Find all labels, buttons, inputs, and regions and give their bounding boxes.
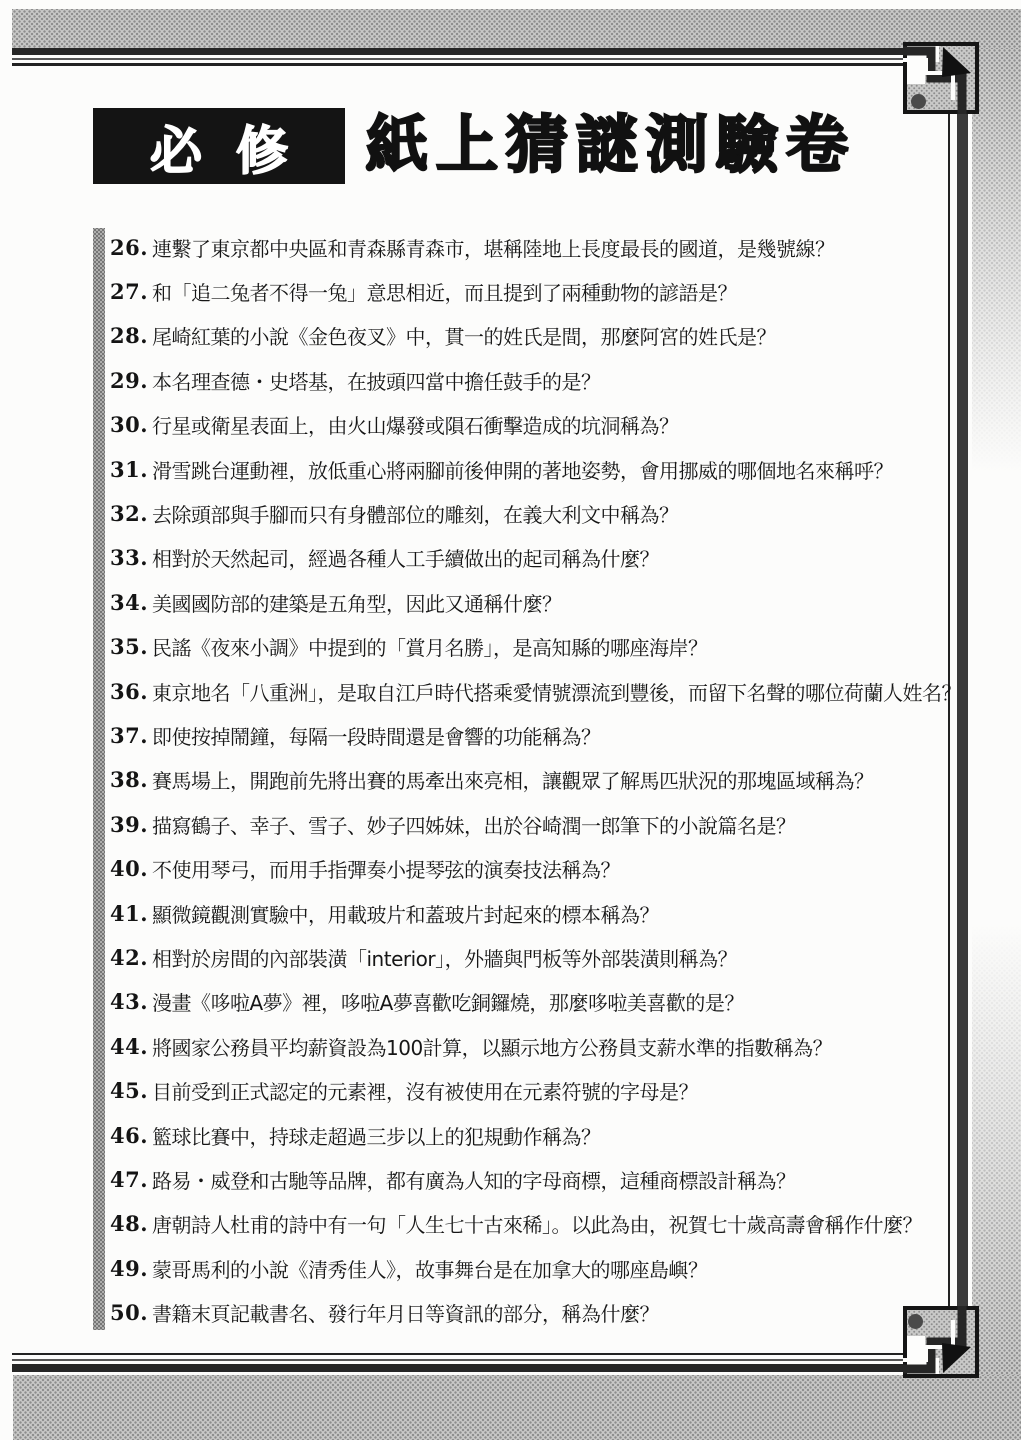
frame-bottom-thin-rule-2	[12, 1359, 903, 1361]
question-text: 描寫鶴子、幸子、雪子、妙子四姊妹，出於谷崎潤一郎筆下的小說篇名是？	[152, 810, 796, 839]
question-gutter-strip	[93, 228, 105, 1330]
question-number: 42.	[110, 945, 152, 970]
question-row: 27.和「追二兔者不得一兔」意思相近，而且提到了兩種動物的諺語是？	[110, 269, 990, 313]
question-number: 46.	[110, 1123, 152, 1148]
question-number: 43.	[110, 989, 152, 1014]
question-text: 顯微鏡觀測實驗中，用載玻片和蓋玻片封起來的標本稱為？	[152, 899, 659, 928]
frame-bottom-halftone-band	[13, 1375, 1021, 1440]
question-row: 29.本名理查德・史塔基，在披頭四當中擔任鼓手的是？	[110, 358, 990, 402]
question-row: 47.路易・威登和古馳等品牌，都有廣為人知的字母商標，這種商標設計稱為？	[110, 1157, 990, 1201]
question-text: 路易・威登和古馳等品牌，都有廣為人知的字母商標，這種商標設計稱為？	[152, 1165, 796, 1194]
frame-top-thick-rule	[12, 48, 903, 55]
page-title: 紙上猜謎測驗卷	[366, 104, 856, 186]
question-list: 26.連繫了東京都中央區和青森縣青森市，堪稱陸地上長度最長的國道，是幾號線？27…	[110, 225, 990, 1335]
question-number: 38.	[110, 767, 152, 792]
question-number: 40.	[110, 856, 152, 881]
question-text: 民謠《夜來小調》中提到的「賞月名勝」，是高知縣的哪座海岸？	[152, 632, 708, 661]
question-row: 50.書籍末頁記載書名、發行年月日等資訊的部分，稱為什麼？	[110, 1290, 990, 1334]
question-text: 相對於天然起司，經過各種人工手續做出的起司稱為什麼？	[152, 543, 659, 572]
question-row: 46.籃球比賽中，持球走超過三步以上的犯規動作稱為？	[110, 1113, 990, 1157]
question-row: 37.即使按掉鬧鐘，每隔一段時間還是會響的功能稱為？	[110, 713, 990, 757]
question-number: 47.	[110, 1167, 152, 1192]
frame-top-halftone-band	[12, 9, 1021, 48]
question-number: 49.	[110, 1256, 152, 1281]
question-text: 本名理查德・史塔基，在披頭四當中擔任鼓手的是？	[152, 366, 601, 395]
question-text: 即使按掉鬧鐘，每隔一段時間還是會響的功能稱為？	[152, 721, 601, 750]
question-row: 34.美國國防部的建築是五角型，因此又通稱什麼？	[110, 580, 990, 624]
question-text: 去除頭部與手腳而只有身體部位的雕刻，在義大利文中稱為？	[152, 499, 679, 528]
section-badge: 必修	[93, 108, 345, 184]
question-text: 相對於房間的內部裝潢「interior」，外牆與門板等外部裝潢則稱為？	[152, 943, 737, 972]
frame-top-thin-rule	[12, 58, 903, 60]
question-number: 41.	[110, 901, 152, 926]
question-number: 48.	[110, 1211, 152, 1236]
frame-top-thin-rule-2	[12, 63, 903, 66]
question-row: 44.將國家公務員平均薪資設為100計算，以顯示地方公務員支薪水準的指數稱為？	[110, 1024, 990, 1068]
question-text: 賽馬場上，開跑前先將出賽的馬牽出來亮相，讓觀眾了解馬匹狀況的那塊區域稱為？	[152, 765, 874, 794]
frame-bottom-thin-rule	[12, 1353, 903, 1355]
question-row: 43.漫畫《哆啦A夢》裡，哆啦A夢喜歡吃銅鑼燒，那麼哆啦美喜歡的是？	[110, 980, 990, 1024]
question-text: 和「追二兔者不得一兔」意思相近，而且提到了兩種動物的諺語是？	[152, 277, 737, 306]
question-number: 29.	[110, 368, 152, 393]
question-text: 蒙哥馬利的小說《清秀佳人》，故事舞台是在加拿大的哪座島嶼？	[152, 1254, 708, 1283]
question-row: 49.蒙哥馬利的小說《清秀佳人》，故事舞台是在加拿大的哪座島嶼？	[110, 1246, 990, 1290]
question-row: 28.尾崎紅葉的小說《金色夜叉》中，貫一的姓氏是間，那麼阿宮的姓氏是？	[110, 314, 990, 358]
question-number: 28.	[110, 323, 152, 348]
question-number: 30.	[110, 412, 152, 437]
question-row: 36.東京地名「八重洲」，是取自江戶時代搭乘愛情號漂流到豐後，而留下名聲的哪位荷…	[110, 669, 990, 713]
question-number: 27.	[110, 279, 152, 304]
question-number: 33.	[110, 545, 152, 570]
question-text: 將國家公務員平均薪資設為100計算，以顯示地方公務員支薪水準的指數稱為？	[152, 1032, 832, 1061]
question-number: 31.	[110, 457, 152, 482]
question-row: 33.相對於天然起司，經過各種人工手續做出的起司稱為什麼？	[110, 536, 990, 580]
question-row: 39.描寫鶴子、幸子、雪子、妙子四姊妹，出於谷崎潤一郎筆下的小說篇名是？	[110, 802, 990, 846]
question-row: 31.滑雪跳台運動裡，放低重心將兩腳前後伸開的著地姿勢，會用挪威的哪個地名來稱呼…	[110, 447, 990, 491]
question-text: 美國國防部的建築是五角型，因此又通稱什麼？	[152, 588, 562, 617]
question-text: 尾崎紅葉的小說《金色夜叉》中，貫一的姓氏是間，那麼阿宮的姓氏是？	[152, 321, 776, 350]
question-number: 26.	[110, 235, 152, 260]
corner-dot-top	[911, 94, 926, 109]
question-number: 45.	[110, 1078, 152, 1103]
question-number: 50.	[110, 1300, 152, 1325]
question-number: 44.	[110, 1034, 152, 1059]
question-text: 籃球比賽中，持球走超過三步以上的犯規動作稱為？	[152, 1121, 601, 1150]
question-text: 滑雪跳台運動裡，放低重心將兩腳前後伸開的著地姿勢，會用挪威的哪個地名來稱呼？	[152, 455, 893, 484]
question-row: 30.行星或衛星表面上，由火山爆發或隕石衝擊造成的坑洞稱為？	[110, 403, 990, 447]
question-row: 41.顯微鏡觀測實驗中，用載玻片和蓋玻片封起來的標本稱為？	[110, 891, 990, 935]
question-row: 48.唐朝詩人杜甫的詩中有一句「人生七十古來稀」。以此為由，祝賀七十歲高壽會稱作…	[110, 1202, 990, 1246]
question-text: 行星或衛星表面上，由火山爆發或隕石衝擊造成的坑洞稱為？	[152, 410, 679, 439]
question-number: 34.	[110, 590, 152, 615]
question-row: 40.不使用琴弓，而用手指彈奏小提琴弦的演奏技法稱為？	[110, 846, 990, 890]
question-text: 目前受到正式認定的元素裡，沒有被使用在元素符號的字母是？	[152, 1076, 698, 1105]
question-row: 32.去除頭部與手腳而只有身體部位的雕刻，在義大利文中稱為？	[110, 491, 990, 535]
question-row: 26.連繫了東京都中央區和青森縣青森市，堪稱陸地上長度最長的國道，是幾號線？	[110, 225, 990, 269]
question-text: 連繫了東京都中央區和青森縣青森市，堪稱陸地上長度最長的國道，是幾號線？	[152, 233, 835, 262]
frame-bottom-thick-rule	[12, 1364, 903, 1372]
question-row: 38.賽馬場上，開跑前先將出賽的馬牽出來亮相，讓觀眾了解馬匹狀況的那塊區域稱為？	[110, 758, 990, 802]
question-text: 不使用琴弓，而用手指彈奏小提琴弦的演奏技法稱為？	[152, 854, 620, 883]
question-number: 32.	[110, 501, 152, 526]
question-number: 36.	[110, 679, 152, 704]
question-row: 45.目前受到正式認定的元素裡，沒有被使用在元素符號的字母是？	[110, 1068, 990, 1112]
question-number: 37.	[110, 723, 152, 748]
question-text: 東京地名「八重洲」，是取自江戶時代搭乘愛情號漂流到豐後，而留下名聲的哪位荷蘭人姓…	[152, 677, 961, 706]
question-text: 書籍末頁記載書名、發行年月日等資訊的部分，稱為什麼？	[152, 1298, 659, 1327]
question-number: 39.	[110, 812, 152, 837]
scanned-quiz-page: 必修 紙上猜謎測驗卷 26.連繫了東京都中央區和青森縣青森市，堪稱陸地上長度最長…	[0, 0, 1021, 1440]
question-row: 42.相對於房間的內部裝潢「interior」，外牆與門板等外部裝潢則稱為？	[110, 935, 990, 979]
question-row: 35.民謠《夜來小調》中提到的「賞月名勝」，是高知縣的哪座海岸？	[110, 625, 990, 669]
question-number: 35.	[110, 634, 152, 659]
question-text: 唐朝詩人杜甫的詩中有一句「人生七十古來稀」。以此為由，祝賀七十歲高壽會稱作什麼？	[152, 1209, 922, 1238]
question-text: 漫畫《哆啦A夢》裡，哆啦A夢喜歡吃銅鑼燒，那麼哆啦美喜歡的是？	[152, 987, 744, 1016]
section-badge-label: 必修	[116, 109, 322, 184]
